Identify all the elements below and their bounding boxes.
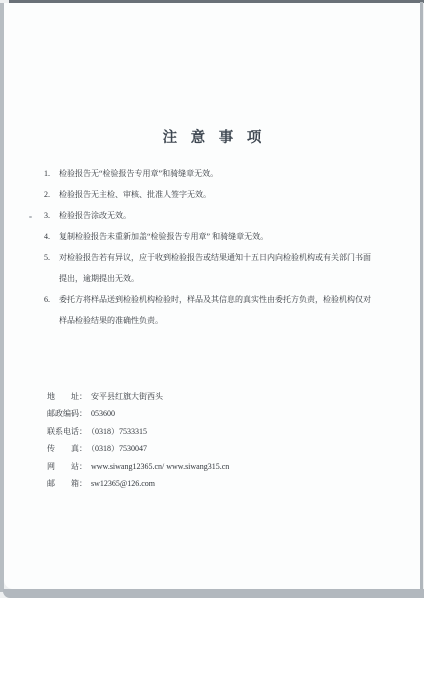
scan-edge-bottom	[3, 589, 424, 598]
contact-label: 网 站：	[47, 462, 87, 471]
list-item: 6. 委托方将样品送到检验机构检验时，样品及其信息的真实性由委托方负责，检验机构…	[44, 289, 372, 331]
list-item: 4. 复制检验报告未重新加盖“检验报告专用章” 和骑缝章无效。	[44, 226, 372, 247]
note-number: 6.	[44, 289, 59, 331]
note-text: 检验报告涂改无效。	[59, 205, 372, 226]
page-title: 注 意 事 项	[4, 126, 420, 147]
notes-list: 1. 检验报告无“检验报告专用章”和骑缝章无效。 2. 检验报告无主检、审核、批…	[44, 163, 372, 331]
contact-block: 地 址：安平县红旗大街西头 邮政编码：053600 联系电话：（0318）753…	[47, 388, 377, 492]
contact-value: （0318）7530047	[91, 444, 147, 453]
scan-speck	[29, 216, 32, 218]
note-number: 4.	[44, 226, 59, 247]
contact-row-website: 网 站：www.siwang12365.cn/ www.siwang315.cn	[47, 458, 377, 475]
contact-row-email: 邮 箱：sw12365@126.com	[47, 475, 377, 492]
note-text: 对检验报告若有异议，应于收到检验报告或结果通知十五日内向检验机构或有关部门书面提…	[59, 247, 372, 289]
list-item: 3. 检验报告涂改无效。	[44, 205, 372, 226]
scanned-page: 注 意 事 项 1. 检验报告无“检验报告专用章”和骑缝章无效。 2. 检验报告…	[0, 0, 424, 599]
contact-value: 053600	[91, 409, 115, 418]
contact-label: 邮 箱：	[47, 479, 87, 488]
contact-value: sw12365@126.com	[91, 479, 155, 488]
note-text: 复制检验报告未重新加盖“检验报告专用章” 和骑缝章无效。	[59, 226, 372, 247]
list-item: 1. 检验报告无“检验报告专用章”和骑缝章无效。	[44, 163, 372, 184]
contact-value: www.siwang12365.cn/ www.siwang315.cn	[91, 462, 229, 471]
contact-label: 传 真：	[47, 444, 87, 453]
paper: 注 意 事 项 1. 检验报告无“检验报告专用章”和骑缝章无效。 2. 检验报告…	[4, 3, 420, 589]
note-text: 委托方将样品送到检验机构检验时，样品及其信息的真实性由委托方负责，检验机构仅对样…	[59, 289, 372, 331]
note-text: 检验报告无“检验报告专用章”和骑缝章无效。	[59, 163, 372, 184]
note-number: 2.	[44, 184, 59, 205]
note-number: 1.	[44, 163, 59, 184]
contact-row-address: 地 址：安平县红旗大街西头	[47, 388, 377, 405]
contact-value: （0318）7533315	[91, 427, 147, 436]
note-number: 5.	[44, 247, 59, 289]
contact-value: 安平县红旗大街西头	[91, 392, 163, 401]
scan-edge-right	[420, 2, 423, 592]
background-below-scan	[0, 598, 424, 700]
list-item: 2. 检验报告无主检、审核、批准人签字无效。	[44, 184, 372, 205]
contact-label: 地 址：	[47, 392, 87, 401]
note-number: 3.	[44, 205, 59, 226]
contact-row-phone: 联系电话：（0318）7533315	[47, 423, 377, 440]
note-text: 检验报告无主检、审核、批准人签字无效。	[59, 184, 372, 205]
contact-row-fax: 传 真：（0318）7530047	[47, 440, 377, 457]
contact-label: 邮政编码：	[47, 409, 87, 418]
contact-label: 联系电话：	[47, 427, 87, 436]
list-item: 5. 对检验报告若有异议，应于收到检验报告或结果通知十五日内向检验机构或有关部门…	[44, 247, 372, 289]
contact-row-postcode: 邮政编码：053600	[47, 405, 377, 422]
